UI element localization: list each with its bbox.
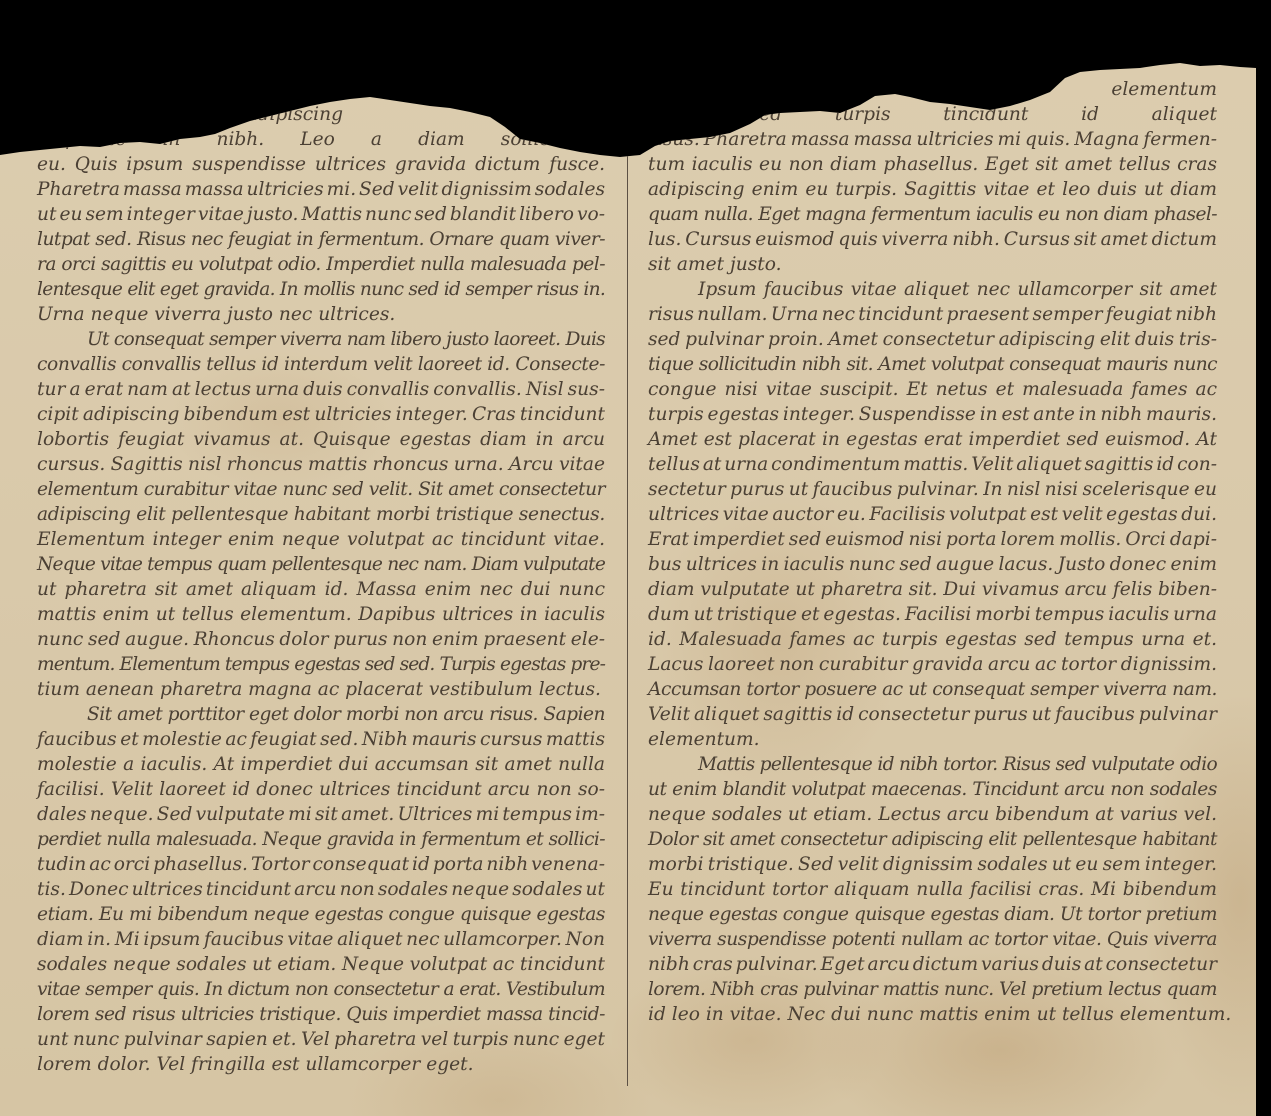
text-line: Ut consequat semper viverra nam libero j… [37, 327, 605, 352]
text-line: tique sollicitudin nibh sit. Amet volutp… [648, 352, 1217, 377]
text-line: congue nisi vitae suscipit. Et netus et … [648, 377, 1217, 402]
text-line: faucibus et molestie ac feugiat sed. Nib… [37, 727, 605, 752]
text-line: adipiscing elit pellentesque habitant mo… [37, 502, 605, 527]
text-line: ultrices vitae auctor eu. Facilisis volu… [648, 502, 1217, 527]
text-line: Ipsum faucibus vitae aliquet nec ullamco… [648, 277, 1217, 302]
text-line: Velit aliquet sagittis id consectetur pu… [648, 702, 1217, 727]
text-line: lacus sed turpis tincidunt id aliquet [648, 102, 1217, 127]
text-line: mattis enim ut tellus elementum. Dapibus… [37, 602, 605, 627]
text-line: bus ultrices in iaculis nunc sed augue l… [648, 552, 1217, 577]
text-line: lorem dolor. Vel fringilla est ullamcorp… [37, 1052, 605, 1077]
text-line: nibh cras pulvinar. Eget arcu dictum var… [648, 952, 1217, 977]
text-line: varius elementum [648, 77, 1217, 102]
text-line: cipit adipiscing bibendum [37, 102, 605, 127]
text-line: tum iaculis eu non diam phasellus. Eget … [648, 152, 1217, 177]
text-line: Eu tincidunt tortor aliquam nulla facili… [648, 877, 1217, 902]
text-line: tium aenean pharetra magna ac placerat v… [37, 677, 605, 702]
text-line: sed pulvinar proin. Amet consectetur adi… [648, 327, 1217, 352]
text-line: Lacus laoreet non curabitur gravida arcu… [648, 652, 1217, 677]
text-line: molestie a iaculis. At imperdiet dui acc… [37, 752, 605, 777]
text-line: tis. Donec ultrices tincidunt arcu non s… [37, 877, 605, 902]
text-line: ut enim blandit volutpat maecenas. Tinci… [648, 777, 1217, 802]
right-text-column: varius elementumlacus sed turpis tincidu… [648, 77, 1217, 1027]
text-line: lorem. Nibh cras pulvinar mattis nunc. V… [648, 977, 1217, 1002]
text-line: tudin ac orci phasellus. Tortor consequa… [37, 852, 605, 877]
text-line: id leo in vitae. Nec dui nunc mattis eni… [648, 1002, 1217, 1027]
text-line: cipit adipiscing bibendum est ultricies … [37, 402, 605, 427]
text-line: lutpat sed. Risus nec feugiat in ferment… [37, 227, 605, 252]
text-line: Accumsan tortor posuere ac ut consequat … [648, 677, 1217, 702]
text-line: sectetur purus ut faucibus pulvinar. In … [648, 477, 1217, 502]
text-line: Mattis pellentesque id nibh tortor. Risu… [648, 752, 1217, 777]
text-line: Amet est placerat in egestas erat imperd… [648, 427, 1217, 452]
text-line: lus. Cursus euismod quis viverra nibh. C… [648, 227, 1217, 252]
text-line: tellus at urna condimentum mattis. Velit… [648, 452, 1217, 477]
text-line: Urna neque viverra justo nec ultrices. [37, 302, 605, 327]
text-line: convallis convallis tellus id interdum v… [37, 352, 605, 377]
text-line: lobortis feugiat vivamus at. Quisque ege… [37, 427, 605, 452]
text-line: etiam. Eu mi bibendum neque egestas cong… [37, 902, 605, 927]
text-line: facilisi. Velit laoreet id donec ultrice… [37, 777, 605, 802]
text-line: mentum. Elementum tempus egestas sed sed… [37, 652, 605, 677]
text-line: elementum curabitur vitae nunc sed velit… [37, 477, 605, 502]
text-line: Sit amet porttitor eget dolor morbi non … [37, 702, 605, 727]
text-line: id. Malesuada fames ac turpis egestas se… [648, 627, 1217, 652]
text-line: vitae semper quis. In dictum non consect… [37, 977, 605, 1002]
text-line: vulputate in nibh. Leo a diam sollicitud… [37, 127, 605, 152]
text-line: risus nullam. Urna nec tincidunt praesen… [648, 302, 1217, 327]
text-line: tur a erat nam at lectus urna duis conva… [37, 377, 605, 402]
text-line: risus. Pharetra massa massa ultricies mi… [648, 127, 1217, 152]
text-line: sodales neque sodales ut etiam. Neque vo… [37, 952, 605, 977]
text-line: diam vulputate ut pharetra sit. Dui viva… [648, 577, 1217, 602]
text-line: elementum. [648, 727, 1217, 752]
text-line: sit amet justo. [648, 252, 1217, 277]
text-line: ut pharetra sit amet aliquam id. Massa e… [37, 577, 605, 602]
text-line: neque egestas congue quisque egestas dia… [648, 902, 1217, 927]
text-line: lorem sed risus ultricies tristique. Qui… [37, 1002, 605, 1027]
torn-paper-page: cipit adipiscing bibendumvulputate in ni… [0, 0, 1256, 1116]
left-text-column: cipit adipiscing bibendumvulputate in ni… [37, 102, 605, 1077]
text-line: eu. Quis ipsum suspendisse ultrices grav… [37, 152, 605, 177]
text-line: diam in. Mi ipsum faucibus vitae aliquet… [37, 927, 605, 952]
text-line: cursus. Sagittis nisl rhoncus mattis rho… [37, 452, 605, 477]
text-line: dum ut tristique et egestas. Facilisi mo… [648, 602, 1217, 627]
column-divider [627, 150, 628, 1086]
text-line: morbi tristique. Sed velit dignissim sod… [648, 852, 1217, 877]
text-line: perdiet nulla malesuada. Neque gravida i… [37, 827, 605, 852]
text-line: ra orci sagittis eu volutpat odio. Imper… [37, 252, 605, 277]
text-line: Dolor sit amet consectetur adipiscing el… [648, 827, 1217, 852]
text-line: nunc sed augue. Rhoncus dolor purus non … [37, 627, 605, 652]
text-line: dales neque. Sed vulputate mi sit amet. … [37, 802, 605, 827]
text-line: adipiscing enim eu turpis. Sagittis vita… [648, 177, 1217, 202]
text-line: Elementum integer enim neque volutpat ac… [37, 527, 605, 552]
text-line: Neque vitae tempus quam pellentesque nec… [37, 552, 605, 577]
text-line: quam nulla. Eget magna fermentum iaculis… [648, 202, 1217, 227]
text-line: viverra suspendisse potenti nullam ac to… [648, 927, 1217, 952]
text-line: Erat imperdiet sed euismod nisi porta lo… [648, 527, 1217, 552]
text-line: unt nunc pulvinar sapien et. Vel pharetr… [37, 1027, 605, 1052]
text-line: Pharetra massa massa ultricies mi. Sed v… [37, 177, 605, 202]
text-line: neque sodales ut etiam. Lectus arcu bibe… [648, 802, 1217, 827]
text-line: turpis egestas integer. Suspendisse in e… [648, 402, 1217, 427]
text-line: ut eu sem integer vitae justo. Mattis nu… [37, 202, 605, 227]
text-line: lentesque elit eget gravida. In mollis n… [37, 277, 605, 302]
